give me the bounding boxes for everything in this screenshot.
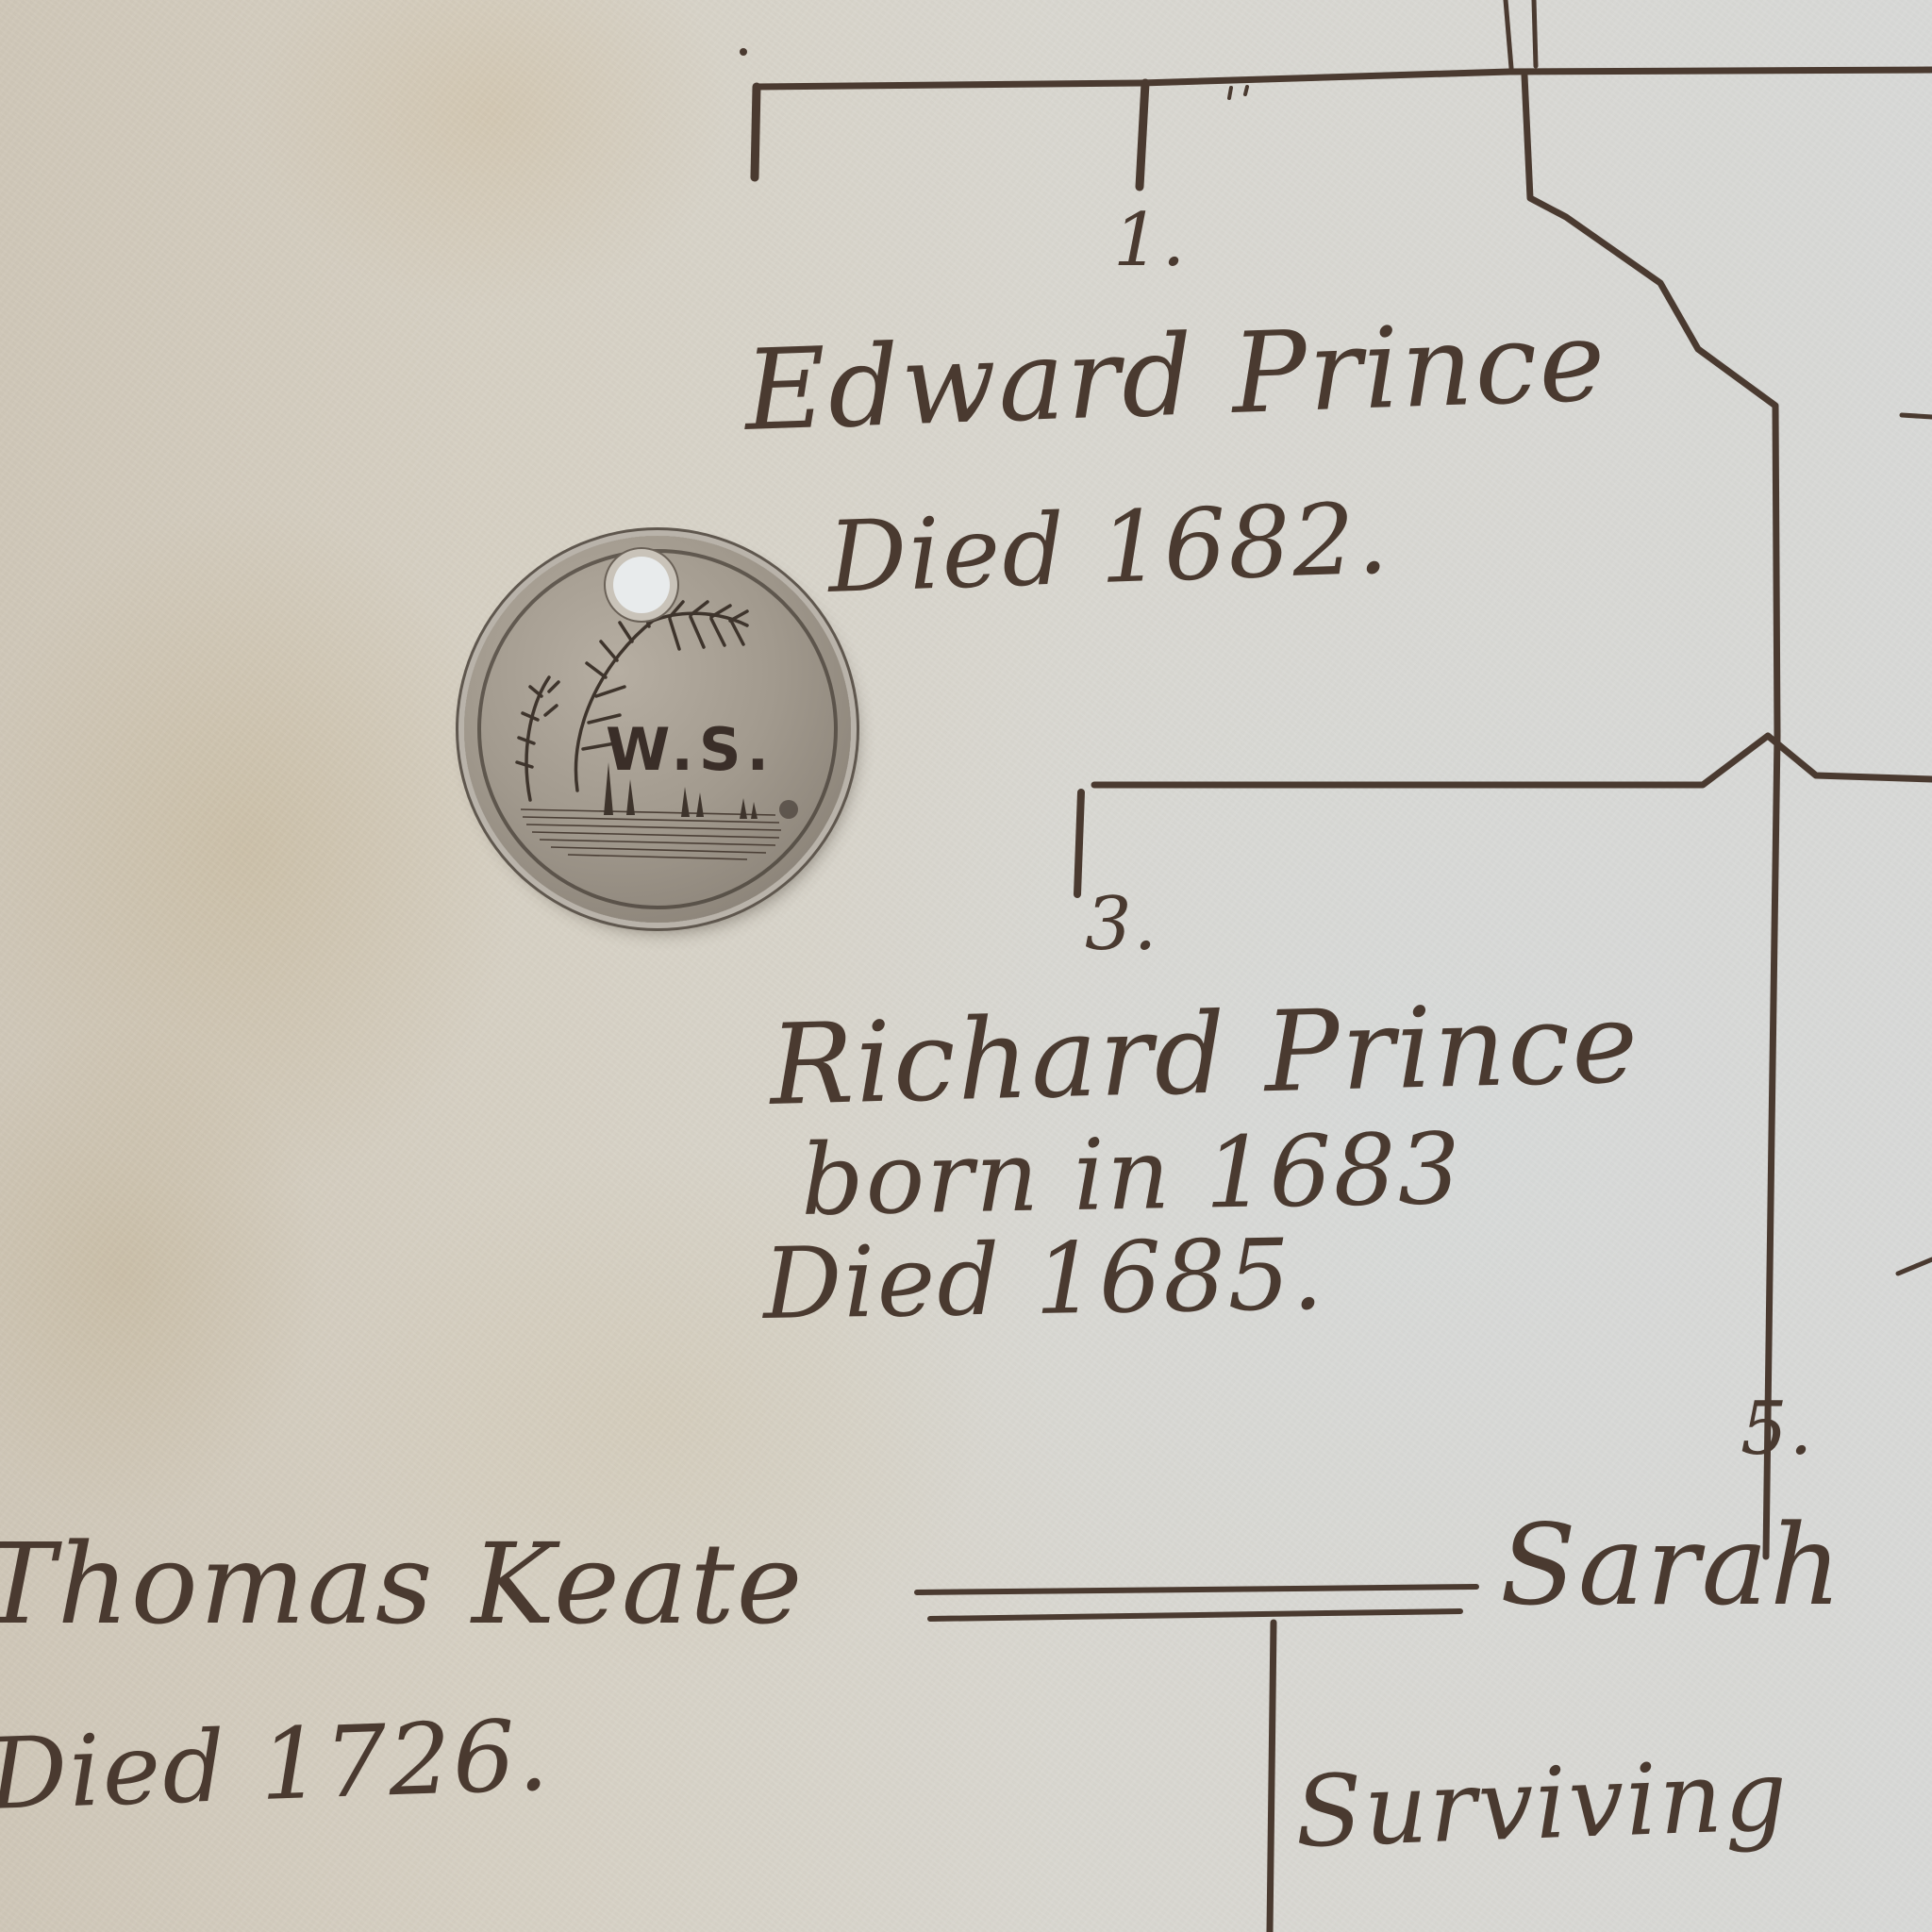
coin-suspension-hole [613,557,670,613]
entry-5-number: 5. [1740,1387,1814,1472]
entry-5-name: Sarah [1500,1500,1843,1630]
entry-3-died: Died 1685. [762,1217,1326,1341]
entry-3-born: born in 1683 [800,1111,1463,1238]
entry-spouse-died: Died 1726. [0,1697,552,1832]
entry-1-number: 1. [1113,198,1187,283]
entry-5-status: Surviving [1293,1738,1790,1870]
entry-spouse-name: Thomas Keate [0,1519,804,1649]
photograph: 1. Edward Prince Died 1682. 3. Richard P… [0,0,1932,1932]
entry-3-number: 3. [1085,882,1158,967]
engraved-love-token-coin: W.S. [464,536,851,923]
entry-1-died: Died 1682. [826,480,1391,615]
entry-3-name: Richard Prince [768,977,1641,1130]
coin-initials: W.S. [606,715,774,784]
